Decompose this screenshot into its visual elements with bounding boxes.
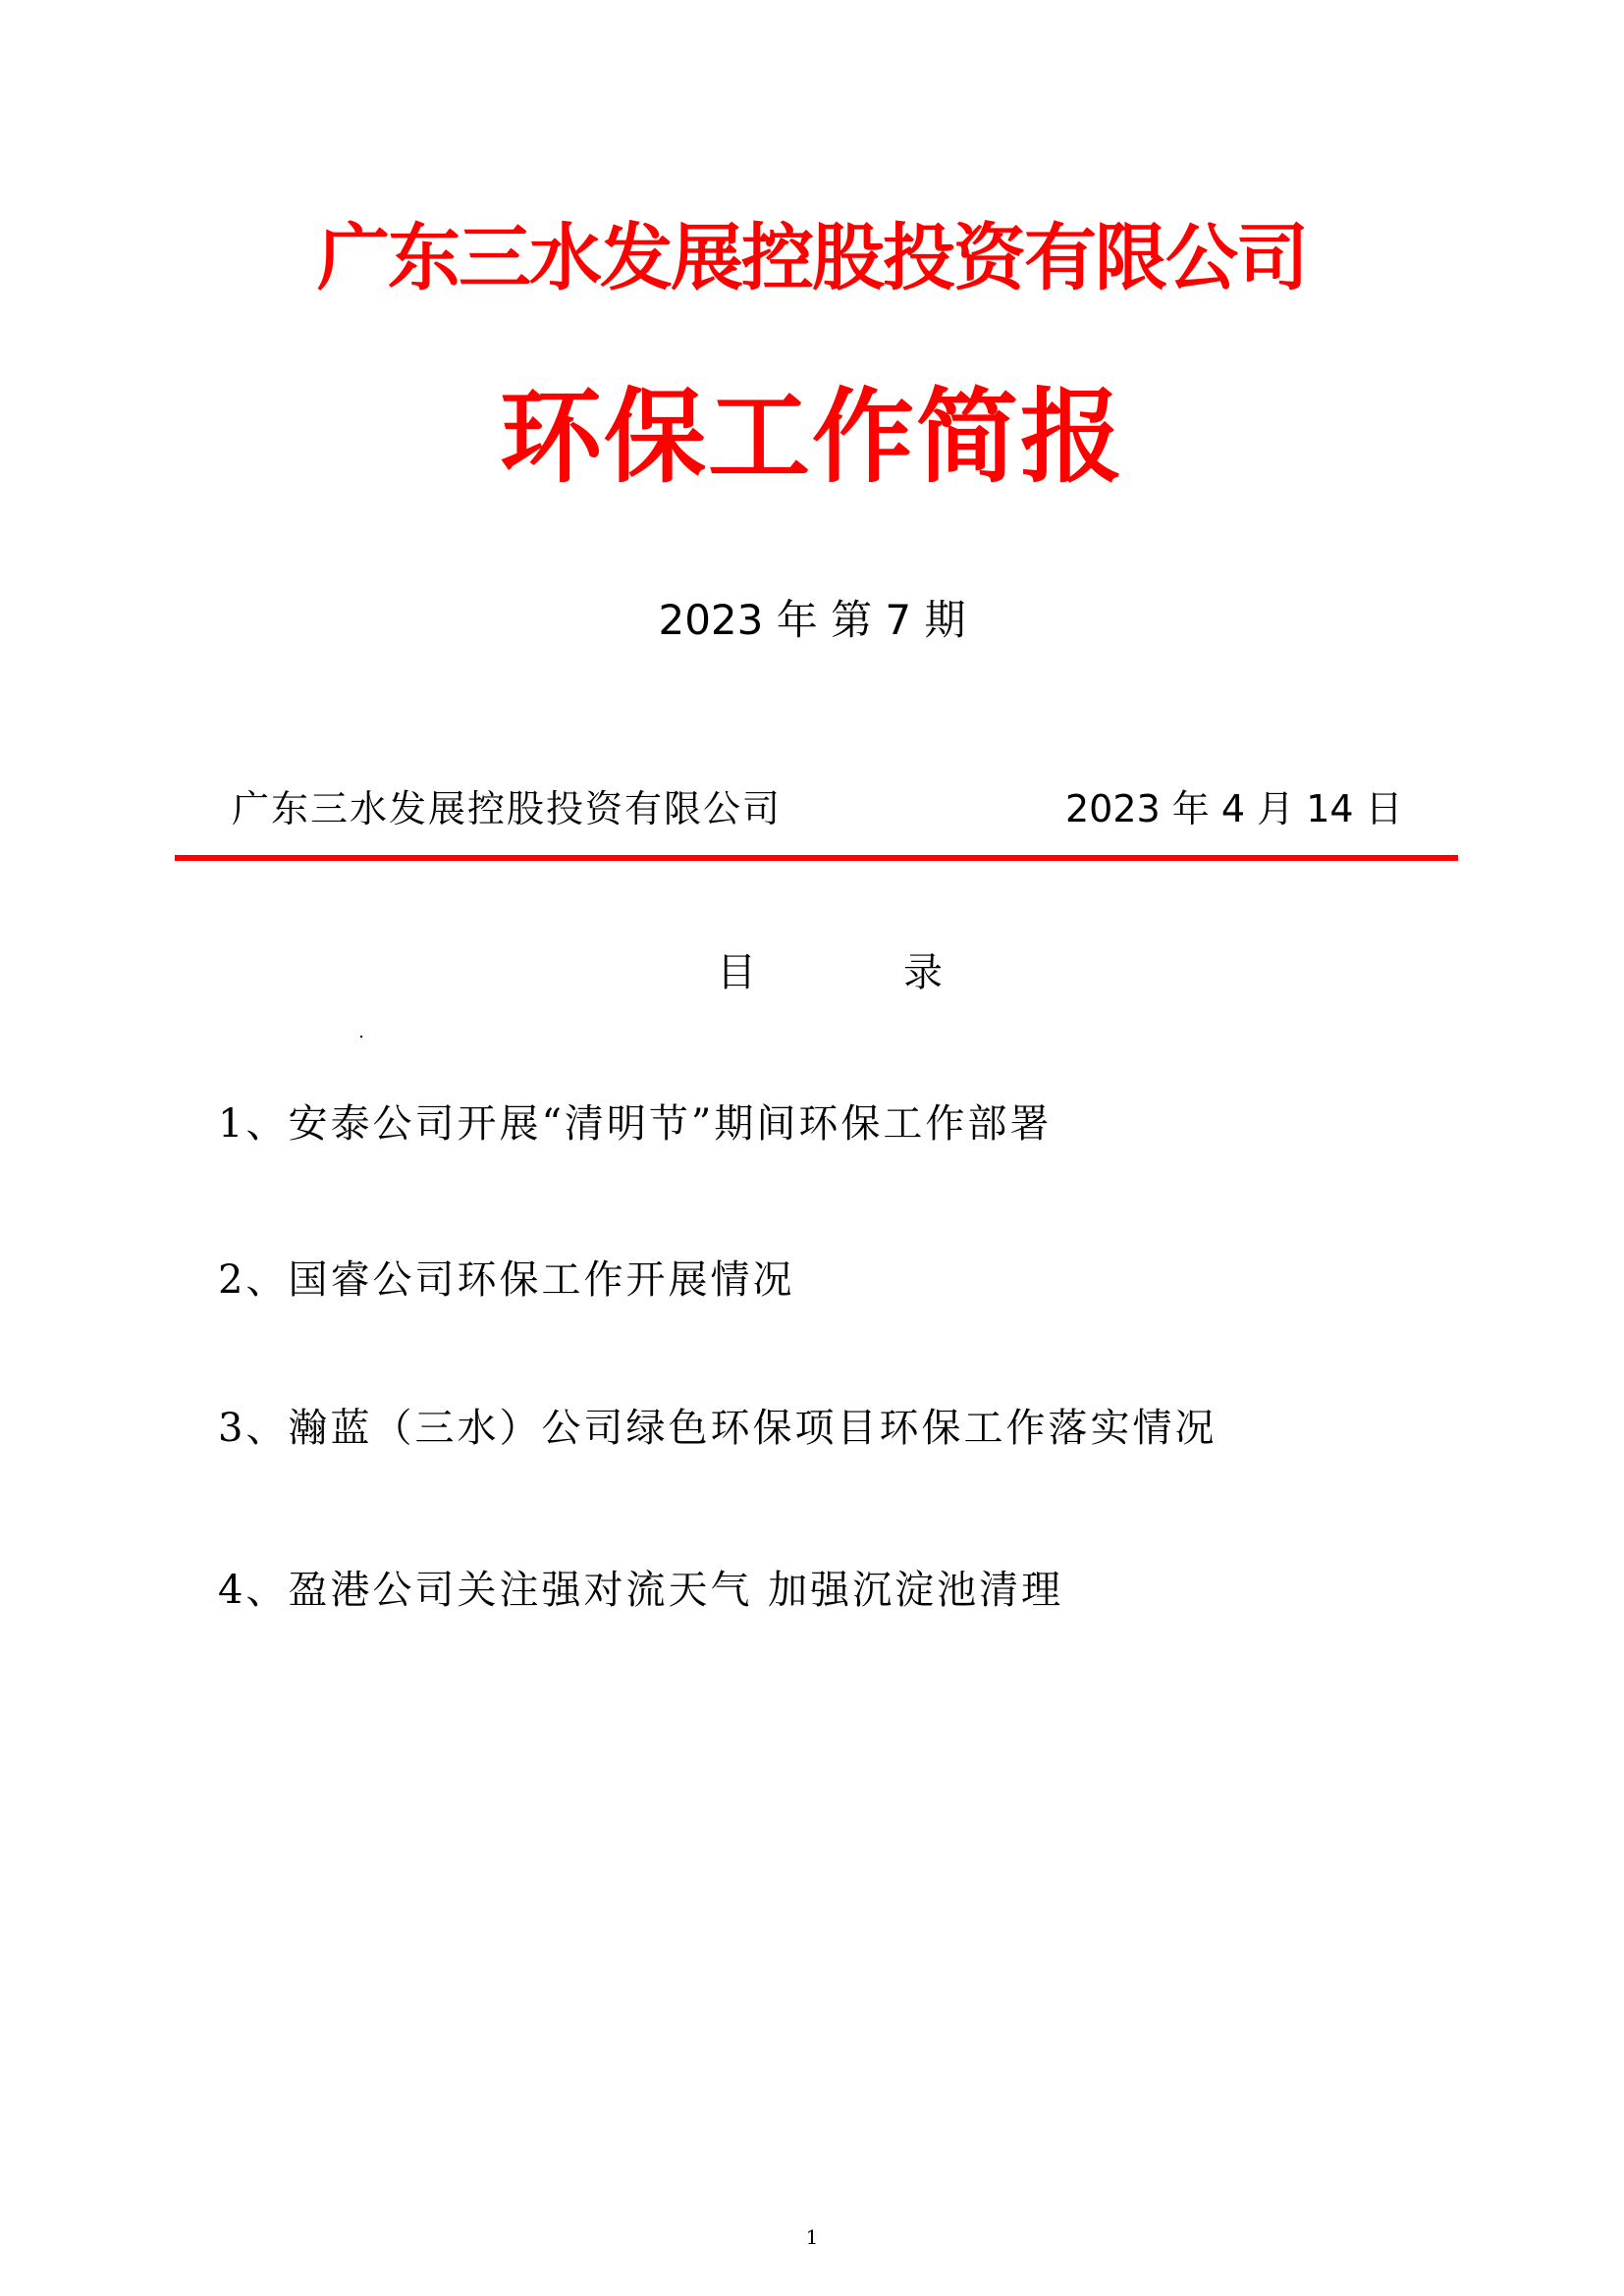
company-title: 广东三水发展控股投资有限公司: [0, 211, 1624, 305]
issuing-organization: 广东三水发展控股投资有限公司: [232, 783, 782, 834]
issue-date: 2023 年 4 月 14 日: [1065, 783, 1403, 834]
red-divider: [175, 855, 1458, 861]
toc-heading: 目录: [717, 947, 943, 998]
toc-item-1: 1、安泰公司开展“清明节”期间环保工作部署: [218, 1097, 1052, 1150]
toc-item-2: 2、国睿公司环保工作开展情况: [218, 1254, 794, 1307]
stray-dot: [360, 1036, 362, 1038]
issue-number: 2023 年 第 7 期: [0, 594, 1624, 647]
toc-item-3: 3、瀚蓝（三水）公司绿色环保项目环保工作落实情况: [218, 1402, 1217, 1455]
toc-heading-left: 目: [717, 947, 756, 998]
bulletin-title: 环保工作简报: [0, 378, 1624, 496]
toc-item-4: 4、盈港公司关注强对流天气 加强沉淀池清理: [218, 1564, 1063, 1617]
toc-heading-right: 录: [903, 947, 943, 998]
page-number: 1: [0, 2224, 1624, 2250]
